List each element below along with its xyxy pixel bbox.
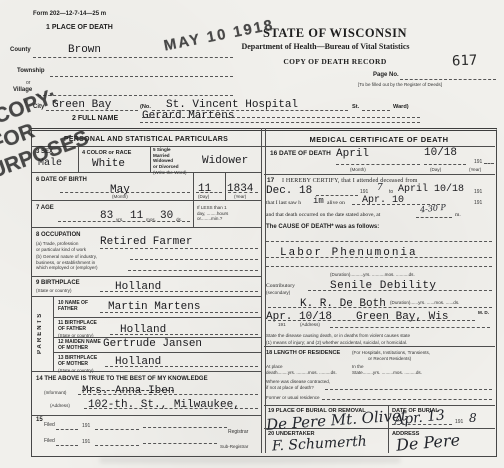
cause-of-death-intro: The CAUSE OF DEATH* was as follows: [266, 224, 379, 231]
mother-maiden-name-value: Gertrude Jansen [103, 338, 202, 350]
year-handwritten-digit: 7 [377, 183, 383, 193]
certify-section-number: 17 [267, 177, 274, 184]
attended-to-value: April 10/18 [398, 184, 464, 195]
cause-footnote: (1) means of injury; and (2) whether acc… [266, 340, 407, 346]
rule-line [266, 266, 492, 267]
dob-label: 6 DATE OF BIRTH [36, 177, 87, 184]
age-yrs-note: yrs. [116, 217, 123, 223]
full-name-value: Gerard Martens [142, 110, 234, 122]
filed-label: Filed [44, 438, 55, 444]
rule-line [100, 312, 258, 313]
form-number: Form 202—12-7-14—25 m [33, 11, 106, 18]
residence-at-place: At place [266, 364, 283, 370]
age-mos-note: mos. [146, 217, 156, 223]
year-printed: 191 [455, 419, 463, 425]
county-value: Brown [68, 44, 101, 56]
filed-year: 191 [82, 423, 90, 429]
rule-line [193, 200, 194, 227]
burial-year-handwritten: 8 [469, 411, 477, 425]
rule-line [266, 241, 492, 242]
rule-line [31, 415, 261, 416]
contributory-label: Contributory [266, 283, 295, 290]
rule-line [130, 259, 258, 260]
mother-maiden-name-label: 12 MAIDEN NAME OF MOTHER [58, 339, 101, 352]
former-residence-note: Former or usual residence [266, 395, 320, 401]
age-months-value: 11 [130, 210, 143, 222]
filed-label: Filed [44, 422, 55, 428]
residence-note: or Recent Residents) [368, 356, 411, 362]
contributory-note: (secondary) [266, 290, 290, 296]
age-label: 7 AGE [36, 205, 54, 212]
rule-line [150, 146, 151, 172]
father-name-label: 10 NAME OF FATHER [58, 300, 88, 313]
county-label: County [10, 47, 31, 54]
marital-value: Widower [202, 155, 248, 167]
age-ds-note: ds. [176, 217, 182, 223]
state-title: STATE OF WISCONSIN [250, 26, 420, 41]
st-label: St. [352, 104, 359, 111]
rule-line [128, 270, 258, 271]
rule-line [53, 352, 261, 353]
md-label: M. D. [478, 310, 489, 316]
residence-at-place: death........yrs. .........mos. ........… [266, 370, 337, 376]
birthplace-note: (State or country) [36, 288, 72, 294]
rule-line [225, 172, 226, 200]
rule-line [193, 172, 194, 200]
rule-line [31, 296, 261, 297]
duration-note: (Duration)..........yrs. ..........mos. … [330, 272, 415, 278]
rule-line [330, 327, 490, 328]
mother-birthplace-label: 13 BIRTHPLACE OF MOTHER (State or countr… [58, 355, 97, 373]
township-label: Township [17, 68, 45, 75]
rule-line [266, 257, 492, 258]
occupation-b-note: (b) General nature of industry, business… [36, 254, 98, 271]
age-less-than-day-note: If LESS than 1 day, ........hours or....… [197, 205, 228, 222]
residence-note: (For Hospitals, Institutions, Transients… [352, 350, 430, 356]
registrar-label: Registrar [228, 429, 248, 435]
contributory-value: Senile Debility [330, 280, 437, 292]
where-contracted-note: if not at place of death? [266, 385, 314, 391]
age-years-value: 83 [100, 210, 113, 222]
last-saw-him-value: im [313, 196, 324, 206]
father-birthplace-label: 11 BIRTHPLACE OF FATHER (State or countr… [58, 320, 97, 338]
color-race-label: 4 COLOR or RACE [82, 150, 131, 157]
department-title: Department of Health—Bureau of Vital Sta… [218, 42, 433, 51]
rule-line [105, 366, 258, 367]
rule-line [392, 424, 452, 425]
rule-line [110, 334, 258, 335]
rule-line [31, 276, 261, 277]
rule-line [31, 172, 261, 173]
dob-month-note: (Month) [112, 194, 128, 200]
informant-label: (Informant) [44, 390, 66, 396]
last-saw-text: that I last saw h [266, 200, 301, 207]
color-race-value: White [92, 158, 125, 170]
filed-section-number: 15 [36, 417, 43, 424]
filed-year: 191 [82, 439, 90, 445]
duration-note: (Duration)......yrs. ......mos. ......ds… [390, 300, 459, 306]
rule-line [322, 399, 492, 400]
year-printed: 191 [474, 200, 482, 206]
birthplace-label: 9 BIRTHPLACE [36, 280, 80, 287]
place-of-death-title: 1 PLACE OF DEATH [46, 24, 113, 31]
rule-line [424, 164, 466, 165]
residence-in-state: State........yrs. .........mos. ........… [352, 370, 422, 376]
informant-address-label: (Address) [50, 403, 70, 409]
year-printed: 191 [474, 189, 482, 195]
rule-line [50, 76, 233, 77]
rule-line [143, 443, 217, 444]
physician-signature-value: K. R. De Both [300, 298, 386, 310]
rule-line [264, 405, 495, 406]
where-contracted-note: Where was disease contracted, [266, 379, 330, 385]
rule-line [264, 346, 495, 347]
cause-footnote: State the disease causing death, or in d… [266, 333, 410, 339]
residence-in-state: In the [352, 364, 364, 370]
date-of-death-month: April [336, 148, 369, 160]
dob-year-note: (Year) [234, 194, 246, 200]
page-no-note: [To be filled out by the Register of Dee… [358, 82, 442, 88]
death-line-end: m. [455, 212, 461, 219]
rule-line [416, 217, 452, 218]
occupation-a-note: (a) Trade, profession or particular kind… [36, 241, 86, 252]
dob-day-note: (Day) [198, 194, 209, 200]
scan-smudge [100, 457, 400, 463]
medical-section-title: MEDICAL CERTIFICATE OF DEATH [263, 135, 495, 144]
rule-line [268, 307, 492, 308]
rule-line [143, 427, 227, 428]
occupation-value: Retired Farmer [100, 236, 192, 248]
marital-label: 5 Single Married Widowed or Divorced (Wr… [153, 147, 187, 176]
rule-line [100, 291, 258, 292]
parents-label: PARENTS [37, 300, 50, 366]
ward-label: Ward) [393, 104, 409, 111]
rule-line [56, 429, 78, 430]
rule-line [336, 164, 420, 165]
rule-line [31, 200, 261, 201]
knowledge-statement-label: 14 THE ABOVE IS TRUE TO THE BEST OF MY K… [36, 376, 208, 383]
rule-line [33, 57, 233, 58]
rule-line [325, 389, 492, 390]
rule-line [56, 445, 78, 446]
residence-label: 18 LENGTH OF RESIDENCE [266, 350, 340, 357]
rule-line [362, 110, 390, 111]
rule-line [140, 122, 420, 123]
rule-line [100, 248, 258, 249]
page-no-label: Page No. [373, 72, 399, 79]
rule-line [53, 317, 261, 318]
date-of-death-label: 16 DATE OF DEATH [270, 150, 331, 157]
informant-value: Mrs. Anna Iben [82, 385, 174, 397]
rule-line [400, 79, 496, 80]
date-of-death-year: 191 [474, 159, 482, 165]
page-no-value: 617 [452, 53, 478, 70]
rule-line [95, 429, 139, 430]
rule-line [95, 445, 139, 446]
death-occurred-text: and that death occurred on the date stat… [266, 212, 380, 219]
signed-date-value: Apr. 10/18 [266, 311, 332, 323]
day-note: (Day) [430, 167, 441, 173]
or-label: or [26, 80, 30, 86]
year-printed: 191 [278, 322, 286, 328]
month-note: (Month) [350, 167, 366, 173]
attended-from-value: Dec. 18 [266, 185, 312, 197]
death-certificate-document: Form 202—12-7-14—25 m 1 PLACE OF DEATH C… [0, 0, 504, 468]
address-label: (Address) [300, 322, 320, 328]
occupation-label: 8 OCCUPATION [36, 232, 80, 239]
age-days-value: 30 [160, 210, 173, 222]
rule-line [53, 296, 54, 371]
informant-address-value: 102-th. St., Milwaukee, [88, 399, 240, 411]
date-of-death-day: 10/18 [424, 147, 457, 159]
rule-line [484, 163, 494, 164]
year-note: (Year) [469, 167, 481, 173]
sub-registrar-label: Sub-Registrar [220, 444, 248, 450]
signed-address-value: Green Bay, Wis [356, 311, 448, 323]
alive-on-text: alive on [327, 200, 345, 207]
copy-of-death-record-title: COPY OF DEATH RECORD [270, 57, 400, 66]
rule-line [31, 227, 261, 228]
rule-line [264, 174, 495, 175]
